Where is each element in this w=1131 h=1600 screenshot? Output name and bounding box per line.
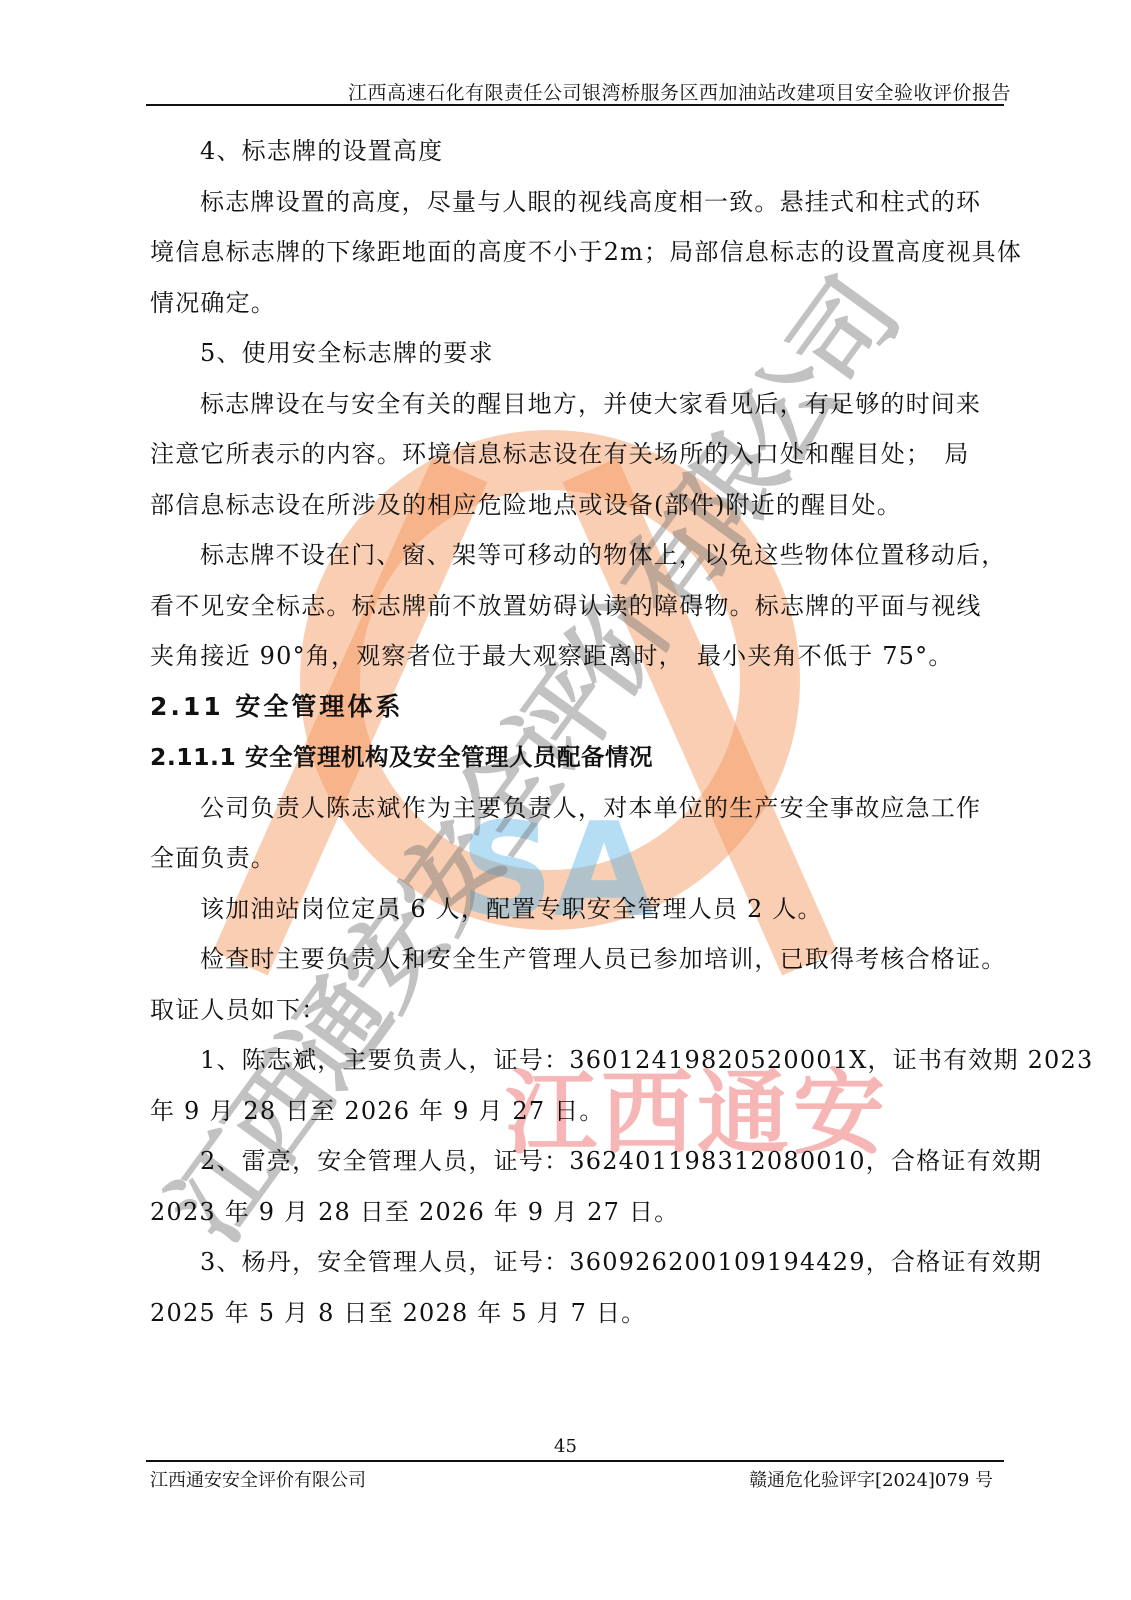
paragraph-line: 境信息标志牌的下缘距地面的高度不小于2m；局部信息标志的设置高度视具体: [150, 227, 1005, 278]
document-body: 4、标志牌的设置高度 标志牌设置的高度，尽量与人眼的视线高度相一致。悬挂式和柱式…: [150, 126, 1005, 1338]
running-header-title: 江西高速石化有限责任公司银湾桥服务区西加油站改建项目安全验收评价报告: [150, 78, 1011, 105]
personnel-entry-continued: 2025 年 5 月 8 日至 2028 年 5 月 7 日。: [150, 1288, 1005, 1339]
paragraph-line: 部信息标志设在所涉及的相应危险地点或设备(部件)附近的醒目处。: [150, 480, 1005, 531]
paragraph-line: 公司负责人陈志斌作为主要负责人，对本单位的生产安全事故应急工作: [150, 783, 1005, 834]
personnel-entry: 1、陈志斌，主要负责人，证号：36012419820520001X，证书有效期 …: [150, 1035, 1005, 1086]
personnel-entry: 3、杨丹，安全管理人员，证号：360926200109194429，合格证有效期: [150, 1237, 1005, 1288]
list-item-heading: 4、标志牌的设置高度: [150, 126, 1005, 177]
page-number: 45: [0, 1436, 1131, 1457]
subsection-heading: 2.11.1 安全管理机构及安全管理人员配备情况: [150, 732, 1005, 783]
paragraph-line: 检查时主要负责人和安全生产管理人员已参加培训，已取得考核合格证。: [150, 934, 1005, 985]
paragraph-line: 夹角接近 90°角，观察者位于最大观察距离时， 最小夹角不低于 75°。: [150, 631, 1005, 682]
paragraph-line: 标志牌设置的高度，尽量与人眼的视线高度相一致。悬挂式和柱式的环: [150, 177, 1005, 228]
footer-divider: [146, 1460, 1004, 1462]
paragraph-line: 取证人员如下：: [150, 985, 1005, 1036]
list-item-heading: 5、使用安全标志牌的要求: [150, 328, 1005, 379]
paragraph-line: 标志牌不设在门、窗、架等可移动的物体上，以免这些物体位置移动后，: [150, 530, 1005, 581]
document-page: SA 江西通安 江西通安安全评价有限公司 江西高速石化有限责任公司银湾桥服务区西…: [0, 0, 1131, 1600]
personnel-entry: 2、雷亮，安全管理人员，证号：362401198312080010，合格证有效期: [150, 1136, 1005, 1187]
paragraph-line: 注意它所表示的内容。环境信息标志设在有关场所的入口处和醒目处； 局: [150, 429, 1005, 480]
footer-company-name: 江西通安安全评价有限公司: [150, 1466, 366, 1492]
header-divider: [146, 104, 1004, 106]
paragraph-line: 看不见安全标志。标志牌前不放置妨碍认读的障碍物。标志牌的平面与视线: [150, 581, 1005, 632]
paragraph-line: 情况确定。: [150, 278, 1005, 329]
paragraph-line: 标志牌设在与安全有关的醒目地方，并使大家看见后，有足够的时间来: [150, 379, 1005, 430]
paragraph-line: 该加油站岗位定员 6 人，配置专职安全管理人员 2 人。: [150, 884, 1005, 935]
personnel-entry-continued: 年 9 月 28 日至 2026 年 9 月 27 日。: [150, 1086, 1005, 1137]
section-heading: 2.11 安全管理体系: [150, 682, 1005, 733]
personnel-entry-continued: 2023 年 9 月 28 日至 2026 年 9 月 27 日。: [150, 1187, 1005, 1238]
paragraph-line: 全面负责。: [150, 833, 1005, 884]
footer-report-number: 赣通危化验评字[2024]079 号: [749, 1466, 993, 1492]
